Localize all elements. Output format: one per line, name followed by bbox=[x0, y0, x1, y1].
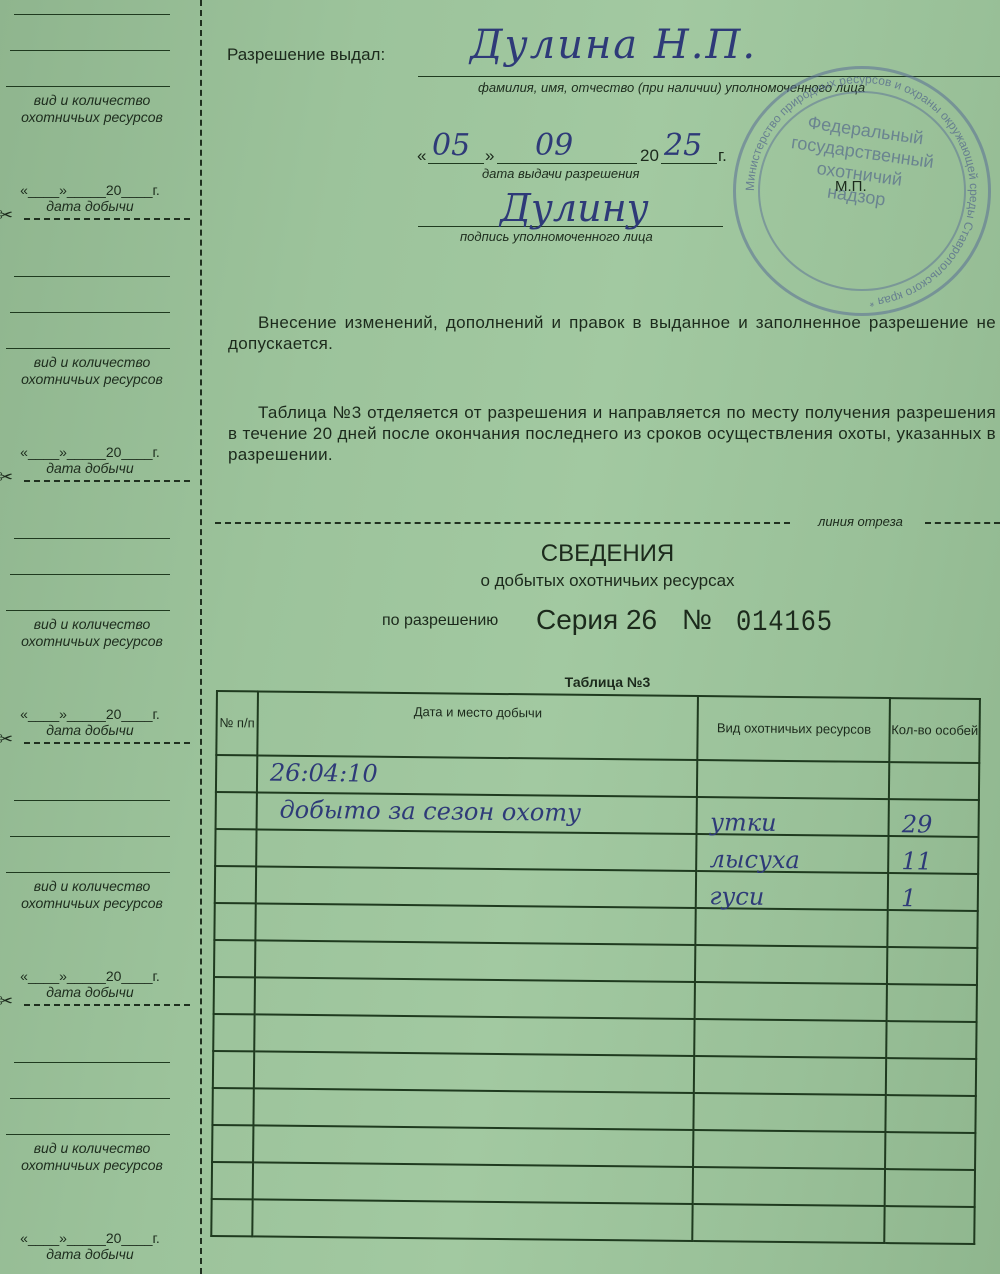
cell-count bbox=[887, 984, 977, 1022]
stub-cut-line: ✂ bbox=[0, 474, 190, 488]
cell-count bbox=[888, 910, 978, 948]
handwritten-entry: 26:04:10 bbox=[270, 759, 378, 788]
stub-cut-line: ✂ bbox=[0, 736, 190, 750]
cell-species bbox=[693, 1204, 885, 1243]
cell-n bbox=[214, 903, 255, 940]
cell-date-place bbox=[255, 940, 696, 982]
cell-species: гуси bbox=[696, 871, 888, 910]
stub-resource-line bbox=[14, 538, 170, 539]
year-line bbox=[661, 163, 717, 164]
cell-count: 1 bbox=[888, 873, 978, 911]
cell-n bbox=[211, 1199, 252, 1236]
month-line bbox=[497, 163, 637, 164]
stub-resource-caption: вид и количество bbox=[2, 1140, 182, 1157]
scissors-icon: ✂ bbox=[0, 729, 13, 750]
cell-species bbox=[693, 1167, 885, 1206]
cell-n bbox=[212, 1125, 253, 1162]
permit-number: 014165 bbox=[736, 606, 833, 640]
stub-resource-caption: охотничьих ресурсов bbox=[2, 109, 182, 126]
notice-table3-rule: Таблица №3 отделяется от разрешения и на… bbox=[228, 402, 996, 465]
cell-species bbox=[695, 982, 887, 1021]
cell-species bbox=[695, 1019, 887, 1058]
cut-line-label: линия отреза bbox=[818, 514, 903, 529]
stub-resource-line bbox=[6, 86, 170, 87]
stub-date-field: «____»_____20____г. bbox=[0, 182, 180, 198]
cell-n bbox=[215, 829, 256, 866]
stub-date-field: «____»_____20____г. bbox=[0, 706, 180, 722]
cell-date-place bbox=[253, 1125, 694, 1167]
stub-resource-line bbox=[10, 574, 170, 575]
date-close-quote: » bbox=[485, 146, 494, 166]
stub-resource-line bbox=[10, 1098, 170, 1099]
stub-resource-line bbox=[6, 872, 170, 873]
seal-place-label: М.П. bbox=[835, 178, 867, 195]
year-prefix: 20 bbox=[640, 146, 659, 166]
cell-count bbox=[886, 1095, 976, 1133]
cell-species bbox=[694, 1093, 886, 1132]
col-species: Вид охотничьих ресурсов bbox=[698, 696, 890, 762]
stub-resource-caption: охотничьих ресурсов bbox=[2, 371, 182, 388]
stub-cut-line: ✂ bbox=[0, 998, 190, 1012]
cell-count bbox=[887, 947, 977, 985]
cell-date-place: добыто за сезон охоту bbox=[256, 792, 697, 834]
handwritten-entry: лысуха bbox=[710, 845, 800, 874]
stub-resource-caption: охотничьих ресурсов bbox=[2, 895, 182, 912]
stub-resource-line bbox=[6, 610, 170, 611]
stub-resource-caption: вид и количество bbox=[2, 92, 182, 109]
cell-n bbox=[214, 940, 255, 977]
signature-caption: подпись уполномоченного лица bbox=[460, 229, 653, 244]
stub-resource-line bbox=[6, 1134, 170, 1135]
table-title: Таблица №3 bbox=[215, 674, 1000, 690]
stub-resource-caption: охотничьих ресурсов bbox=[2, 1157, 182, 1174]
date-open-quote: « bbox=[417, 146, 426, 166]
stub-resource-line bbox=[14, 1062, 170, 1063]
date-year-mark: г. bbox=[718, 146, 727, 166]
stub-date-caption: дата добычи bbox=[0, 1246, 180, 1262]
scissors-icon: ✂ bbox=[0, 205, 13, 226]
day-line bbox=[428, 163, 484, 164]
stub-resource-line bbox=[14, 14, 170, 15]
cell-n bbox=[215, 866, 256, 903]
stub-date-field: «____»_____20____г. bbox=[0, 968, 180, 984]
harvest-table: № п/п Дата и место добычи Вид охотничьих… bbox=[210, 690, 981, 1245]
cell-date-place: 26:04:10 bbox=[257, 755, 698, 797]
cell-species bbox=[694, 1056, 886, 1095]
stub-resource-line bbox=[10, 50, 170, 51]
stub-resource-caption: охотничьих ресурсов bbox=[2, 633, 182, 650]
permit-number-sign: № bbox=[682, 604, 712, 636]
report-title: СВЕДЕНИЯ bbox=[215, 540, 1000, 568]
cell-species bbox=[697, 760, 889, 799]
handwritten-entry: 11 bbox=[901, 847, 932, 875]
cell-count bbox=[886, 1021, 976, 1059]
stub-resource-line bbox=[10, 836, 170, 837]
cell-species bbox=[695, 945, 887, 984]
stub-resource-line bbox=[6, 348, 170, 349]
cell-n bbox=[213, 1014, 254, 1051]
stub-date-field: «____»_____20____г. bbox=[0, 444, 180, 460]
issuer-label: Разрешение выдал: bbox=[227, 45, 385, 65]
cell-count bbox=[884, 1206, 974, 1244]
stub-resource-caption: вид и количество bbox=[2, 616, 182, 633]
permit-prefix: по разрешению bbox=[382, 612, 498, 630]
cell-count bbox=[885, 1132, 975, 1170]
cell-n bbox=[216, 755, 257, 792]
cell-count: 11 bbox=[888, 836, 978, 874]
stub-resource-line bbox=[14, 276, 170, 277]
stub-resource-line bbox=[14, 800, 170, 801]
issue-month: 09 bbox=[535, 128, 573, 163]
stub-date-field: «____»_____20____г. bbox=[0, 1230, 180, 1246]
cell-species: лысуха bbox=[697, 834, 889, 873]
cell-n bbox=[214, 977, 255, 1014]
cell-count bbox=[889, 762, 979, 800]
handwritten-entry: добыто за сезон охоту bbox=[279, 796, 581, 827]
issuer-signature: Дулину bbox=[500, 186, 649, 230]
cell-date-place bbox=[254, 1014, 695, 1056]
cell-date-place bbox=[252, 1199, 693, 1241]
cell-date-place bbox=[256, 866, 697, 908]
cell-n bbox=[216, 792, 257, 829]
scissors-icon: ✂ bbox=[0, 467, 13, 488]
scissors-icon: ✂ bbox=[0, 991, 13, 1012]
permit-series: Серия 26 bbox=[536, 604, 657, 636]
col-count: Кол-во особей bbox=[890, 698, 980, 763]
cell-date-place bbox=[254, 1051, 695, 1093]
issue-year-suffix: 25 bbox=[664, 128, 702, 163]
cell-count bbox=[885, 1169, 975, 1207]
cell-date-place bbox=[253, 1088, 694, 1130]
table-header-row: № п/п Дата и место добычи Вид охотничьих… bbox=[216, 691, 980, 763]
stub-resource-line bbox=[10, 312, 170, 313]
cell-n bbox=[212, 1088, 253, 1125]
handwritten-entry: 29 bbox=[902, 810, 933, 838]
col-number: № п/п bbox=[216, 691, 257, 755]
cell-date-place bbox=[255, 903, 696, 945]
handwritten-entry: утки bbox=[710, 808, 777, 837]
table-row bbox=[211, 1199, 974, 1244]
cell-n bbox=[212, 1162, 253, 1199]
cell-date-place bbox=[254, 977, 695, 1019]
cut-line: линия отреза bbox=[215, 520, 1000, 534]
issue-date-caption: дата выдачи разрешения bbox=[482, 166, 639, 181]
col-date-place: Дата и место добычи bbox=[257, 691, 698, 760]
issuer-name-handwritten: Дулина Н.П. bbox=[470, 22, 757, 68]
cell-n bbox=[213, 1051, 254, 1088]
cell-date-place bbox=[252, 1162, 693, 1204]
cell-species: утки bbox=[697, 797, 889, 836]
handwritten-entry: гуси bbox=[709, 882, 764, 911]
handwritten-entry: 1 bbox=[901, 884, 917, 912]
notice-no-changes: Внесение изменений, дополнений и правок … bbox=[228, 312, 996, 354]
stub-resource-caption: вид и количество bbox=[2, 878, 182, 895]
cell-count bbox=[886, 1058, 976, 1096]
cell-date-place bbox=[256, 829, 697, 871]
cell-species bbox=[696, 908, 888, 947]
issue-day: 05 bbox=[432, 128, 470, 163]
cell-species bbox=[693, 1130, 885, 1169]
report-subtitle: о добытых охотничьих ресурсах bbox=[215, 571, 1000, 591]
stub-resource-caption: вид и количество bbox=[2, 354, 182, 371]
cell-count: 29 bbox=[889, 799, 979, 837]
stub-perforation-line bbox=[200, 0, 202, 1274]
stub-cut-line: ✂ bbox=[0, 212, 190, 226]
